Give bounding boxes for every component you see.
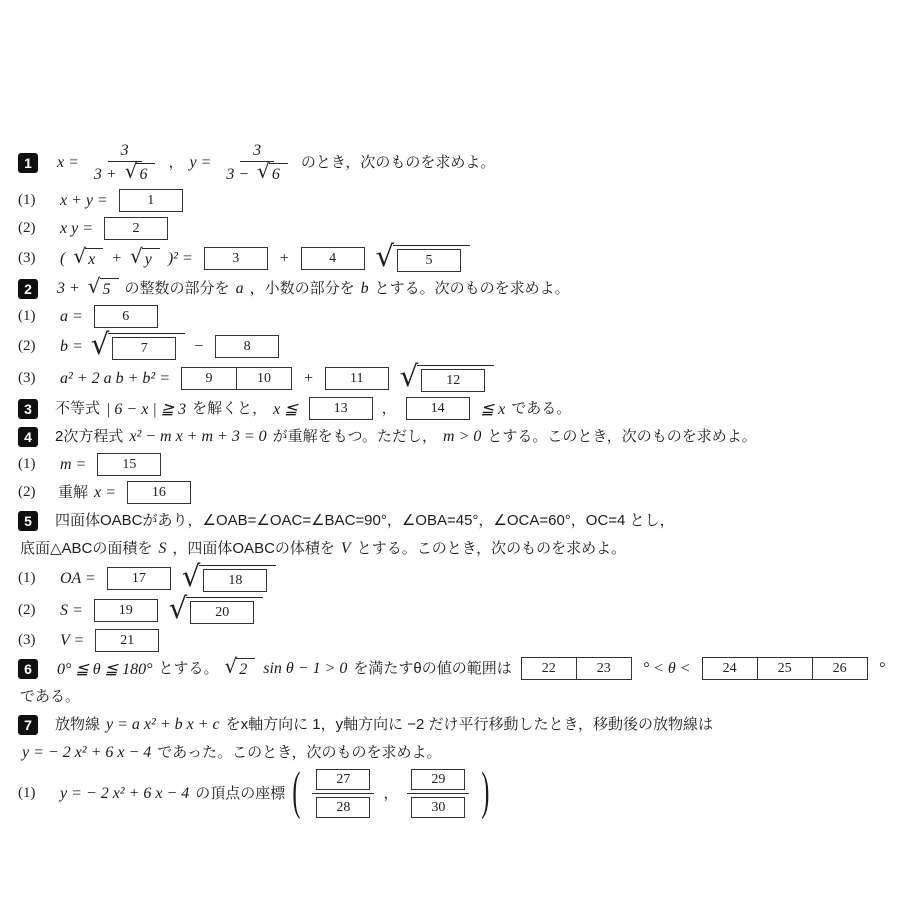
math-text: + — [279, 250, 290, 268]
text: の頂点の座標 — [195, 784, 285, 804]
math-text: + — [111, 250, 122, 268]
problem-number-badge: 3 — [18, 399, 38, 419]
answer-box: 10 — [237, 367, 292, 390]
part-label: (2) — [18, 484, 46, 501]
part-label: (3) — [18, 250, 46, 267]
math-text: ( — [60, 250, 65, 268]
math-text: y = — [189, 154, 211, 172]
part-label: (1) — [18, 570, 46, 587]
math-text: m > 0 — [443, 428, 481, 446]
numerator: 27 — [312, 769, 374, 794]
answer-box: 9 — [181, 367, 237, 390]
math-text: 2 — [239, 661, 247, 679]
problem-7-header-line-1: 7放物線y = a x² + b x + cをx軸方向に 1，y軸方向に −2 … — [18, 713, 890, 736]
math-text: 3 − — [226, 166, 249, 184]
math-text: x² − m x + m + 3 = 0 — [129, 428, 266, 446]
math-text: S = — [60, 602, 83, 620]
problem-7-part-1: (1)y = − 2 x² + 6 x − 4の頂点の座標(2728，2930) — [18, 769, 890, 818]
answer-box: 30 — [411, 797, 465, 818]
text: であった。このとき，次のものを求めよ。 — [157, 743, 441, 763]
text: を解くと， — [192, 399, 267, 419]
math-text: 3 — [253, 142, 261, 160]
math-text: b — [361, 280, 369, 298]
problem-number-badge: 7 — [18, 715, 38, 735]
radicand: 5 — [393, 245, 470, 272]
radical: 6 — [257, 163, 288, 184]
radicand: 12 — [417, 365, 494, 392]
fraction: 2728 — [312, 769, 374, 818]
text: 重解 — [58, 483, 88, 503]
text: である。 — [511, 399, 571, 419]
math-text: V — [341, 540, 351, 558]
radicand: 18 — [199, 565, 276, 592]
answer-box: 27 — [316, 769, 370, 790]
math-text: 3 + — [94, 166, 117, 184]
part-label: (2) — [18, 220, 46, 237]
part-label: (1) — [18, 456, 46, 473]
radical: 7 — [91, 333, 185, 360]
math-text: ° < θ < — [643, 660, 691, 678]
answer-box-group: 242526 — [702, 657, 868, 680]
problem-4-part-1: (1)m =15 — [18, 453, 890, 476]
math-text: | 6 − x | ≧ 3 — [106, 399, 186, 419]
problem-7-header-line-2: y = − 2 x² + 6 x − 4であった。このとき，次のものを求めよ。 — [18, 741, 890, 764]
math-text: a — [236, 280, 244, 298]
math-text: − — [193, 338, 204, 356]
text: とする。このとき，次のものを求めよ。 — [357, 539, 626, 559]
problem-number-badge: 6 — [18, 659, 38, 679]
answer-box: 6 — [94, 305, 158, 328]
fraction: 33 −6 — [222, 142, 292, 184]
text: 2次方程式 — [55, 427, 123, 447]
problem-5-header-line-2: 底面△ABCの面積をS，四面体OABCの体積をVとする。このとき，次のものを求め… — [18, 537, 890, 560]
math-text: y — [145, 251, 152, 269]
fraction: 33 +6 — [90, 142, 160, 184]
problem-5-header-line-1: 5四面体OABCがあり，∠OAB=∠OAC=∠BAC=90°，∠OBA=45°，… — [18, 509, 890, 532]
math-text: y = − 2 x² + 6 x − 4 — [60, 785, 189, 803]
answer-box: 23 — [577, 657, 632, 680]
text: である。 — [20, 687, 80, 707]
answer-box: 4 — [301, 247, 365, 270]
text: のとき，次のものを求めよ。 — [301, 153, 495, 173]
answer-box: 11 — [325, 367, 389, 390]
math-text: 5 — [103, 281, 111, 299]
radical: 5 — [88, 278, 119, 299]
math-text: x y = — [60, 220, 93, 238]
math-text: 3 — [121, 142, 129, 160]
radical: 2 — [224, 658, 255, 679]
text: とする。 — [158, 659, 218, 679]
math-text: + — [303, 370, 314, 388]
radical: x — [73, 248, 103, 269]
radical: 5 — [376, 245, 470, 272]
text: をx軸方向に 1，y軸方向に −2 だけ平行移動したとき，移動後の放物線は — [226, 715, 713, 735]
math-text: y = − 2 x² + 6 x − 4 — [22, 744, 151, 762]
answer-box: 15 — [97, 453, 161, 476]
radicand: y — [142, 248, 160, 269]
answer-box: 28 — [316, 797, 370, 818]
answer-box: 21 — [95, 629, 159, 652]
answer-box: 2 — [104, 217, 168, 240]
problem-6-line-1: 60° ≦ θ ≦ 180°とする。2sin θ − 1 > 0を満たすθの値の… — [18, 657, 890, 680]
problem-6-line-2: である。 — [18, 685, 890, 708]
problem-number-badge: 1 — [18, 153, 38, 173]
answer-box-group: 910 — [181, 367, 292, 390]
parenthesis: ) — [481, 764, 489, 823]
math-text: 3 + — [57, 280, 80, 298]
problem-2-header: 23 +5の整数の部分をa，小数の部分をbとする。次のものを求めよ。 — [18, 277, 890, 300]
math-text: 6 — [139, 166, 147, 184]
radicand: 7 — [108, 333, 185, 360]
math-text: y = a x² + b x + c — [106, 716, 220, 734]
radical: 20 — [169, 597, 263, 624]
text: とする。次のものを求めよ。 — [375, 279, 570, 299]
radical-sign-icon — [169, 597, 187, 620]
math-text: x — [88, 251, 95, 269]
radicand: 2 — [236, 658, 255, 679]
problem-2-part-1: (1)a =6 — [18, 305, 890, 328]
problem-2-part-3: (3)a² + 2 a b + b² =910+1112 — [18, 365, 890, 392]
problem-3: 3不等式| 6 − x | ≧ 3を解くと，x ≦13，14≦ xである。 — [18, 397, 890, 420]
text: 不等式 — [55, 399, 100, 419]
math-text: a = — [60, 308, 83, 326]
problem-2-part-2: (2)b =7−8 — [18, 333, 890, 360]
text: 放物線 — [55, 715, 100, 735]
answer-box: 26 — [813, 657, 868, 680]
math-text: ° — [879, 660, 885, 678]
problem-number-badge: 5 — [18, 511, 38, 531]
problem-5-part-2: (2)S =1920 — [18, 597, 890, 624]
part-label: (1) — [18, 308, 46, 325]
fraction: 2930 — [407, 769, 469, 818]
math-text: x = — [57, 154, 79, 172]
text: ，四面体OABCの体積を — [172, 539, 335, 559]
radicand: 6 — [136, 163, 155, 184]
math-text: 6 — [272, 166, 280, 184]
problem-1-header: 1x =33 +6，y =33 −6のとき，次のものを求めよ。 — [18, 142, 890, 184]
answer-box: 19 — [94, 599, 158, 622]
radical: 12 — [400, 365, 494, 392]
problem-number-badge: 2 — [18, 279, 38, 299]
answer-box: 5 — [397, 249, 461, 272]
answer-box: 17 — [107, 567, 171, 590]
answer-box: 3 — [204, 247, 268, 270]
text: ，小数の部分を — [250, 279, 355, 299]
text: ， — [383, 784, 398, 804]
answer-box: 7 — [112, 337, 176, 360]
radical: y — [130, 248, 160, 269]
part-label: (3) — [18, 370, 46, 387]
radicand: 20 — [186, 597, 263, 624]
problem-5-part-1: (1)OA =1718 — [18, 565, 890, 592]
problem-1-part-3: (3)(x+y)² =3+45 — [18, 245, 890, 272]
radical: 18 — [182, 565, 276, 592]
part-label: (3) — [18, 632, 46, 649]
math-text: b = — [60, 338, 83, 356]
answer-box: 24 — [702, 657, 758, 680]
math-text: x + y = — [60, 192, 108, 210]
problem-4-part-2: (2)重解x =16 — [18, 481, 890, 504]
radical-sign-icon — [91, 333, 109, 356]
math-text: S — [158, 540, 166, 558]
answer-box: 13 — [309, 397, 373, 420]
denominator: 3 +6 — [90, 162, 160, 184]
denominator: 3 −6 — [222, 162, 292, 184]
radical-sign-icon — [400, 365, 418, 388]
answer-box: 22 — [521, 657, 577, 680]
answer-box: 8 — [215, 335, 279, 358]
text: 底面△ABCの面積を — [20, 539, 152, 559]
math-text: m = — [60, 456, 86, 474]
answer-box: 20 — [190, 601, 254, 624]
problem-4-header: 42次方程式x² − m x + m + 3 = 0が重解をもつ。ただし，m >… — [18, 425, 890, 448]
radical: 6 — [125, 163, 156, 184]
radical-sign-icon — [182, 565, 200, 588]
text: 四面体OABCがあり，∠OAB=∠OAC=∠BAC=90°，∠OBA=45°，∠… — [55, 511, 675, 531]
text: ， — [382, 399, 397, 419]
answer-box: 12 — [421, 369, 485, 392]
numerator: 29 — [407, 769, 469, 794]
math-text: )² = — [168, 250, 193, 268]
problem-5-part-3: (3)V =21 — [18, 629, 890, 652]
radicand: 5 — [100, 278, 119, 299]
math-text: 0° ≦ θ ≦ 180° — [57, 659, 152, 679]
answer-box: 18 — [203, 569, 267, 592]
answer-box: 25 — [758, 657, 813, 680]
text: ， — [168, 153, 183, 173]
text: を満たすθの値の範囲は — [353, 659, 511, 679]
text: の整数の部分を — [125, 279, 230, 299]
radicand: 6 — [269, 163, 288, 184]
denominator: 28 — [316, 794, 370, 818]
math-text: ≦ x — [481, 399, 506, 419]
part-label: (1) — [18, 785, 46, 802]
answer-box: 16 — [127, 481, 191, 504]
answer-box: 29 — [411, 769, 465, 790]
denominator: 30 — [411, 794, 465, 818]
answer-box: 1 — [119, 189, 183, 212]
part-label: (1) — [18, 192, 46, 209]
part-label: (2) — [18, 602, 46, 619]
part-label: (2) — [18, 338, 46, 355]
math-text: sin θ − 1 > 0 — [263, 660, 347, 678]
text: が重解をもつ。ただし， — [273, 427, 437, 447]
answer-box-group: 2223 — [521, 657, 632, 680]
math-text: V = — [60, 632, 84, 650]
math-text: x ≦ — [273, 399, 298, 419]
radical-sign-icon — [376, 245, 394, 268]
parenthesis: ( — [292, 764, 300, 823]
answer-box: 14 — [406, 397, 470, 420]
problem-number-badge: 4 — [18, 427, 38, 447]
text: とする。このとき，次のものを求めよ。 — [487, 427, 756, 447]
worksheet: 1x =33 +6，y =33 −6のとき，次のものを求めよ。(1)x + y … — [0, 142, 900, 823]
math-text: OA = — [60, 570, 96, 588]
math-text: x = — [94, 484, 116, 502]
math-text: a² + 2 a b + b² = — [60, 370, 170, 388]
radicand: x — [85, 248, 103, 269]
problem-1-part-2: (2)x y =2 — [18, 217, 890, 240]
problem-1-part-1: (1)x + y =1 — [18, 189, 890, 212]
